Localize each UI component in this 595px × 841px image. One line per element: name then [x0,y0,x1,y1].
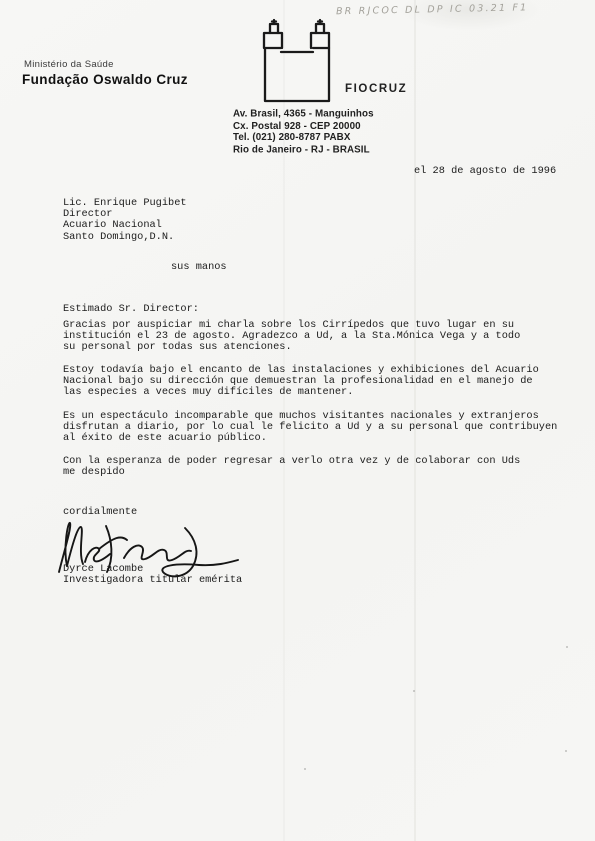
fiocruz-wordmark: FIOCRUZ [345,83,407,95]
recipient-city: Santo Domingo,D.N. [63,232,187,243]
address-line: Rio de Janeiro - RJ - BRASIL [233,144,374,156]
signer-title: Investigadora titular emérita [63,574,242,586]
recipient-organization: Acuario Nacional [63,220,187,231]
paragraph-1: Gracias por auspiciar mi charla sobre lo… [63,320,555,353]
ministry-line: Ministério da Saúde [24,59,114,70]
foundation-name: Fundação Oswaldo Cruz [22,72,188,87]
address-line: Tel. (021) 280-8787 PABX [233,132,374,144]
letterhead-address: Av. Brasil, 4365 - Manguinhos Cx. Postal… [233,109,374,156]
paragraph-4: Con la esperanza de poder regresar a ver… [63,456,555,478]
delivery-note: sus manos [171,261,227,273]
letter-body: Gracias por auspiciar mi charla sobre lo… [63,320,555,490]
date-line: el 28 de agosto de 1996 [414,165,556,177]
paragraph-3: Es un espectáculo incomparable que mucho… [63,411,555,444]
salutation: Estimado Sr. Director: [63,303,199,315]
recipient-block: Lic. Enrique Pugibet Director Acuario Na… [63,198,187,243]
scanned-letter-page: BR RJCOC DL DP IC 03.21 F1 Ministério da… [0,0,595,841]
paragraph-2: Estoy todavía bajo el encanto de las ins… [63,365,555,398]
address-line: Cx. Postal 928 - CEP 20000 [233,120,374,132]
address-line: Av. Brasil, 4365 - Manguinhos [233,109,374,121]
fiocruz-castle-icon [252,17,342,109]
